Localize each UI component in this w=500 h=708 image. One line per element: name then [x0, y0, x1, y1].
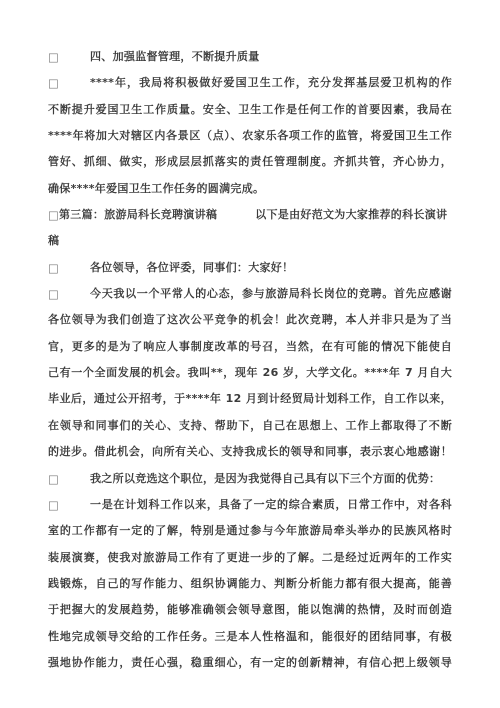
text-line: ****年将加大对辖区内各景区（点）、农家乐各项工作的监管，将爱国卫生工作 — [48, 123, 452, 149]
line-text: 一是在计划科工作以来，具备了一定的综合素质，日常工作中，对各科 — [90, 492, 452, 518]
text-line: 稿 — [48, 228, 452, 254]
line-text: ****年将加大对辖区内各景区（点）、农家乐各项工作的监管，将爱国卫生工作 — [48, 123, 452, 149]
line-text: 四、加强监督管理，不断提升质量 — [90, 44, 452, 70]
line-text: 在领导和同事们的关心、支持、帮助下，自己在思想上、工作上都取得了不断 — [48, 413, 452, 439]
line-text: 第三篇：旅游局科长竞聘演讲稿 以下是由好范文为大家推荐的科长演讲 — [59, 202, 452, 228]
text-line: 确保****年爱国卫生工作任务的圆满完成。 — [48, 176, 452, 202]
text-line: 践锻炼，自己的写作能力、组织协调能力、判断分析能力都有很大提高，能善 — [48, 571, 452, 597]
text-line: 于把握大的发展趋势，能够准确领会领导意图，能以饱满的热情，及时而创造 — [48, 597, 452, 623]
text-line: □ 各位领导，各位评委，同事们：大家好！ — [48, 255, 452, 281]
missing-glyph-icon: □ — [48, 202, 60, 228]
line-text: 确保****年爱国卫生工作任务的圆满完成。 — [48, 176, 452, 202]
line-text: 今天我以一个平常人的心态，参与旅游局科长岗位的竞聘。首先应感谢 — [90, 281, 452, 307]
missing-glyph-icon: □ — [48, 44, 60, 70]
line-text: 的进步。借此机会，向所有关心、支持我成长的领导和同事，表示衷心地感谢！ — [48, 439, 452, 465]
text-line: 性地完成领导交给的工作任务。三是本人性格温和，能很好的团结同事，有极 — [48, 624, 452, 650]
text-line: 不断提升爱国卫生工作质量。安全、卫生工作是任何工作的首要因素，我局在 — [48, 97, 452, 123]
text-line: 管好、抓细、做实，形成层层抓落实的责任管理制度。齐抓共管，齐心协力， — [48, 149, 452, 175]
text-line: □ 我之所以竞选这个职位，是因为我觉得自己具有以下三个方面的优势： — [48, 466, 452, 492]
missing-glyph-icon: □ — [48, 255, 60, 281]
text-line: 毕业后，通过公开招考，于****年 12 月到计经贸局计划科工作，自工作以来， — [48, 386, 452, 412]
missing-glyph-icon: □ — [48, 492, 60, 518]
text-line: 强地协作能力，责任心强，稳重细心，有一定的创新精神，有信心把上级领导 — [48, 650, 452, 676]
document-text-block: □ 四、加强监督管理，不断提升质量 □ ****年，我局将积极做好爱国卫生工作，… — [0, 0, 500, 676]
line-text: 我之所以竞选这个职位，是因为我觉得自己具有以下三个方面的优势： — [90, 466, 452, 492]
line-text: 装展演赛，使我对旅游局工作有了更进一步的了解。二是经过近两年的工作实 — [48, 545, 452, 571]
section-title: 第三篇：旅游局科长竞聘演讲稿 — [59, 202, 217, 228]
text-line: □ 四、加强监督管理，不断提升质量 — [48, 44, 452, 70]
text-line: 在领导和同事们的关心、支持、帮助下，自己在思想上、工作上都取得了不断 — [48, 413, 452, 439]
line-text: 稿 — [48, 228, 452, 254]
line-text: 强地协作能力，责任心强，稳重细心，有一定的创新精神，有信心把上级领导 — [48, 650, 452, 676]
text-line: □ ****年，我局将积极做好爱国卫生工作，充分发挥基层爱卫机构的作用， — [48, 70, 452, 96]
line-text: 各位领导，各位评委，同事们：大家好！ — [90, 255, 452, 281]
missing-glyph-icon: □ — [48, 281, 60, 307]
text-line: 室的工作都有一定的了解，特别是通过参与今年旅游局牵头举办的民族风格时 — [48, 518, 452, 544]
line-text: 不断提升爱国卫生工作质量。安全、卫生工作是任何工作的首要因素，我局在 — [48, 97, 452, 123]
text-line-section-heading: □ 第三篇：旅游局科长竞聘演讲稿 以下是由好范文为大家推荐的科长演讲 — [48, 202, 452, 228]
document-page: □ 四、加强监督管理，不断提升质量 □ ****年，我局将积极做好爱国卫生工作，… — [0, 0, 500, 708]
line-text: ****年，我局将积极做好爱国卫生工作，充分发挥基层爱卫机构的作用， — [90, 70, 452, 96]
text-line: 官，更多的是为了响应人事制度改革的号召，当然，在有可能的情况下能使自 — [48, 334, 452, 360]
line-text: 管好、抓细、做实，形成层层抓落实的责任管理制度。齐抓共管，齐心协力， — [48, 149, 452, 175]
line-text: 己有一个全面发展的机会。我叫**，现年 26 岁，大学文化。****年 7 月自… — [48, 360, 452, 386]
text-line: 的进步。借此机会，向所有关心、支持我成长的领导和同事，表示衷心地感谢！ — [48, 439, 452, 465]
section-subtitle: 以下是由好范文为大家推荐的科长演讲 — [255, 202, 447, 228]
line-text: 践锻炼，自己的写作能力、组织协调能力、判断分析能力都有很大提高，能善 — [48, 571, 452, 597]
line-text: 毕业后，通过公开招考，于****年 12 月到计经贸局计划科工作，自工作以来， — [48, 386, 452, 412]
line-text: 于把握大的发展趋势，能够准确领会领导意图，能以饱满的热情，及时而创造 — [48, 597, 452, 623]
line-text: 性地完成领导交给的工作任务。三是本人性格温和，能很好的团结同事，有极 — [48, 624, 452, 650]
text-line: 己有一个全面发展的机会。我叫**，现年 26 岁，大学文化。****年 7 月自… — [48, 360, 452, 386]
line-text: 各位领导为我们创造了这次公平竞争的机会！此次竞聘，本人并非只是为了当 — [48, 307, 452, 333]
text-line: □ 一是在计划科工作以来，具备了一定的综合素质，日常工作中，对各科 — [48, 492, 452, 518]
line-text: 室的工作都有一定的了解，特别是通过参与今年旅游局牵头举办的民族风格时 — [48, 518, 452, 544]
missing-glyph-icon: □ — [48, 466, 60, 492]
text-line: 各位领导为我们创造了这次公平竞争的机会！此次竞聘，本人并非只是为了当 — [48, 307, 452, 333]
text-line: □ 今天我以一个平常人的心态，参与旅游局科长岗位的竞聘。首先应感谢 — [48, 281, 452, 307]
missing-glyph-icon: □ — [48, 70, 60, 96]
line-text: 官，更多的是为了响应人事制度改革的号召，当然，在有可能的情况下能使自 — [48, 334, 452, 360]
text-line: 装展演赛，使我对旅游局工作有了更进一步的了解。二是经过近两年的工作实 — [48, 545, 452, 571]
